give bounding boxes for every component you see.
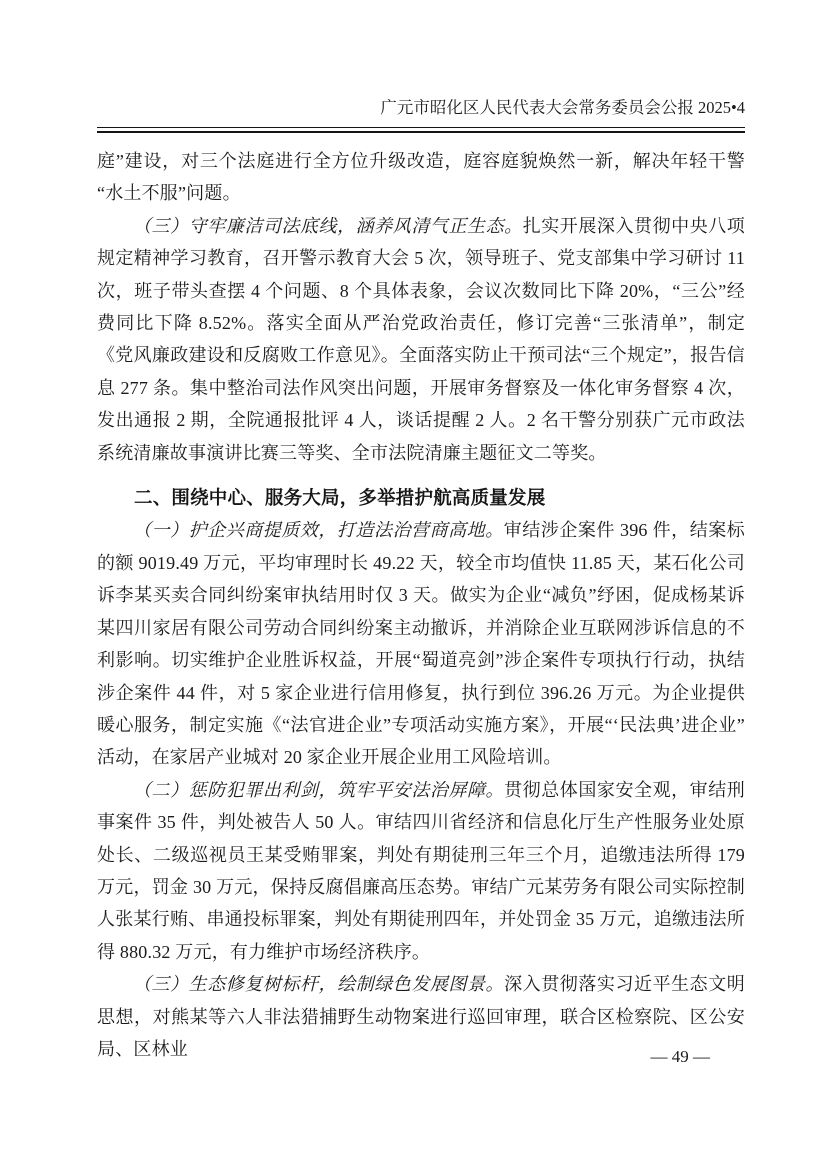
header-double-rule — [97, 127, 745, 133]
continuation-paragraph: 庭”建设，对三个法庭进行全方位升级改造，庭容庭貌焕然一新，解决年轻干警“水土不服… — [97, 145, 745, 210]
paragraph-discipline-lead: （三）守牢廉洁司法底线，涵养风清气正生态。 — [133, 216, 523, 236]
paragraph-discipline: （三）守牢廉洁司法底线，涵养风清气正生态。扎实开展深入贯彻中央八项规定精神学习教… — [97, 210, 745, 469]
paragraph-business-text: 审结涉企案件 396 件，结案标的额 9019.49 万元，平均审理时长 49.… — [97, 520, 745, 767]
paragraph-business: （一）护企兴商提质效，打造法治营商高地。审结涉企案件 396 件，结案标的额 9… — [97, 514, 745, 773]
paragraph-crime-lead: （二）惩防犯罪出利剑，筑牢平安法治屏障。 — [133, 780, 504, 800]
paragraph-crime: （二）惩防犯罪出利剑，筑牢平安法治屏障。贯彻总体国家安全观，审结刑事案件 35 … — [97, 774, 745, 968]
paragraph-ecology-lead: （三）生态修复树标杆，绘制绿色发展图景。 — [133, 974, 504, 994]
masthead-title: 广元市昭化区人民代表大会常务委员会公报 2025•4 — [97, 97, 745, 119]
paragraph-discipline-text: 扎实开展深入贯彻中央八项规定精神学习教育，召开警示教育大会 5 次，领导班子、党… — [97, 216, 745, 463]
document-page: 广元市昭化区人民代表大会常务委员会公报 2025•4 庭”建设，对三个法庭进行全… — [0, 0, 827, 1170]
page-number: — 49 — — [651, 1046, 711, 1068]
section-heading: 二、围绕中心、服务大局，多举措护航高质量发展 — [97, 482, 745, 514]
paragraph-business-lead: （一）护企兴商提质效，打造法治营商高地。 — [133, 520, 504, 540]
paragraph-ecology: （三）生态修复树标杆，绘制绿色发展图景。深入贯彻落实习近平生态文明思想，对熊某等… — [97, 968, 745, 1065]
paragraph-crime-text: 贯彻总体国家安全观，审结刑事案件 35 件，判处被告人 50 人。审结四川省经济… — [97, 780, 745, 962]
body-text: 庭”建设，对三个法庭进行全方位升级改造，庭容庭貌焕然一新，解决年轻干警“水土不服… — [97, 145, 745, 1065]
